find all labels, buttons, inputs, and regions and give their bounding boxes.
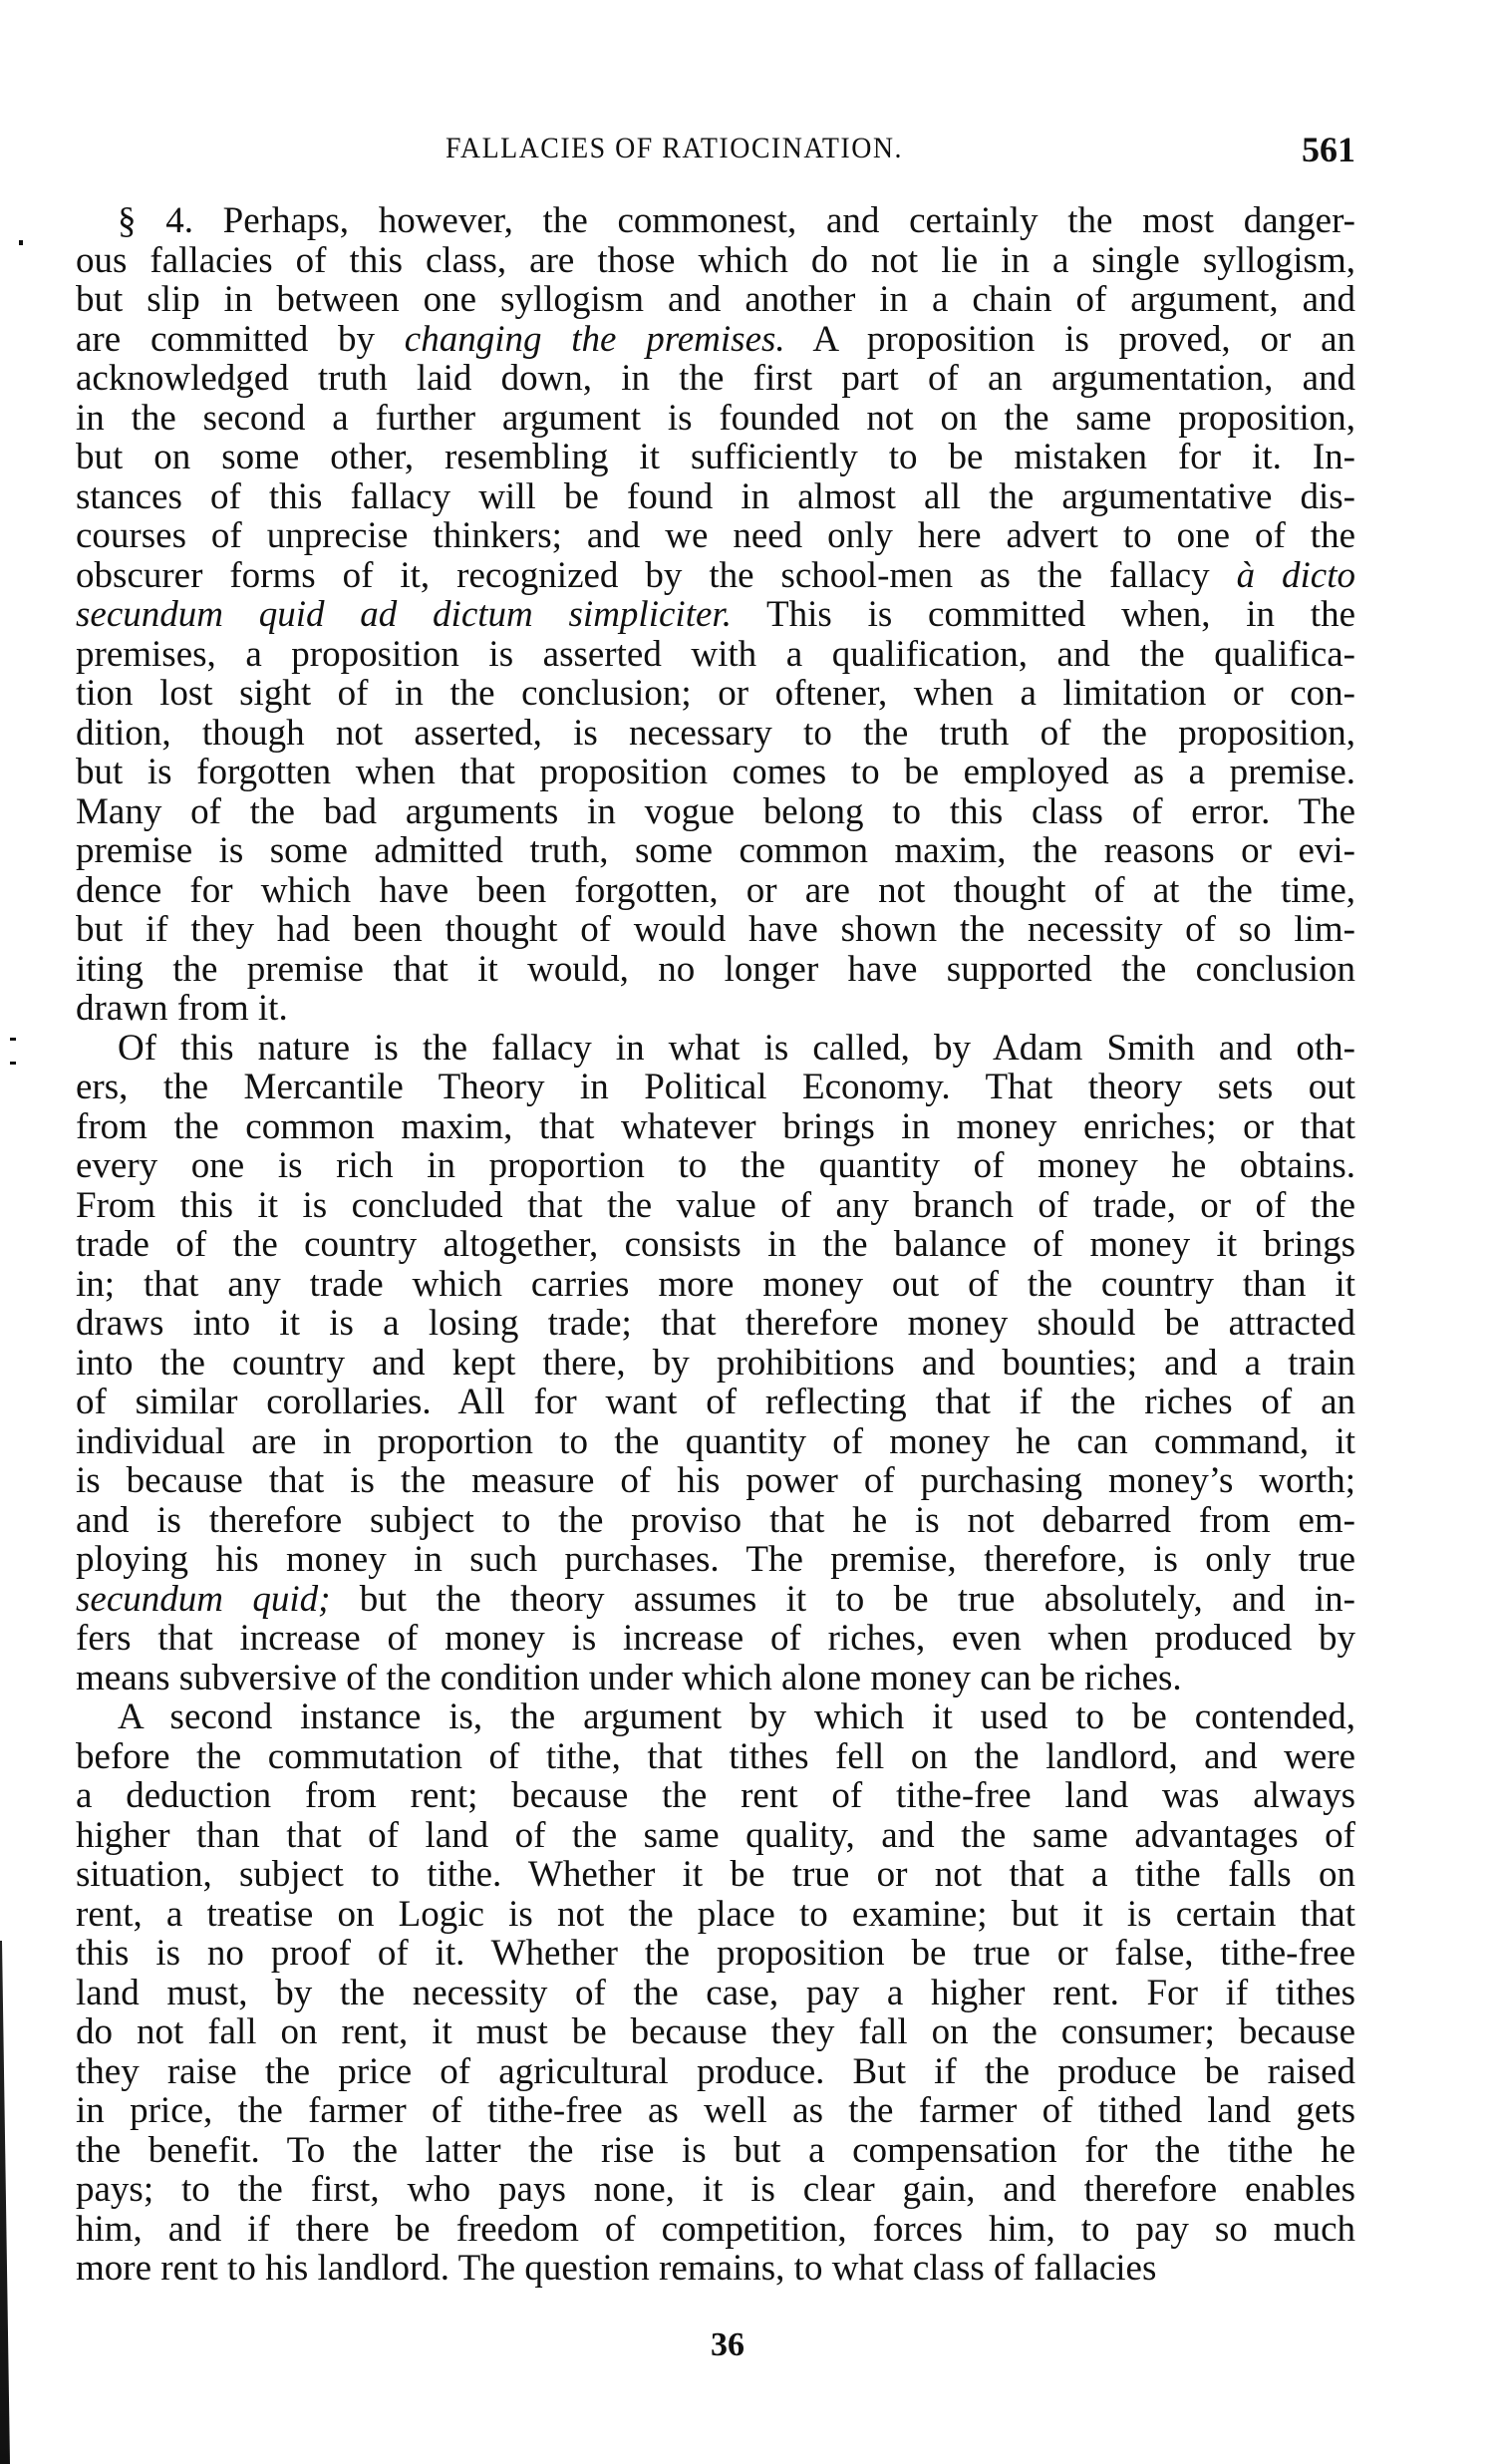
text-line: obscurer forms of it, recognized by the … [76,556,1355,596]
text-line: A second instance is, the argument by wh… [76,1697,1355,1737]
text-line: more rent to his landlord. The question … [76,2249,1355,2289]
text-line: ous fallacies of this class, are those w… [76,241,1355,281]
text-line: but if they had been thought of would ha… [76,910,1355,950]
text-line: dition, though not asserted, is necessar… [76,714,1355,754]
italic-phrase: à dicto [1237,555,1355,596]
text-line: ers, the Mercantile Theory in Political … [76,1068,1355,1107]
text-line: do not fall on rent, it must be because … [76,2012,1355,2052]
page-number: 561 [1296,132,1355,167]
text-line: fers that increase of money is increase … [76,1619,1355,1659]
text-line: and is therefore subject to the proviso … [76,1501,1355,1541]
text-line: drawn from it. [76,989,1355,1029]
italic-phrase: secundum quid ad dictum simpliciter. [76,594,732,635]
text-line: Many of the bad arguments in vogue belon… [76,792,1355,832]
text-line: they raise the price of agricultural pro… [76,2052,1355,2092]
text-line: in the second a further argument is foun… [76,399,1355,439]
text-line: draws into it is a losing trade; that th… [76,1304,1355,1344]
running-title: FALLACIES OF RATIOCINATION. [446,133,974,164]
text-line: is because that is the measure of his po… [76,1461,1355,1501]
text-line: premise is some admitted truth, some com… [76,831,1355,871]
text-line: stances of this fallacy will be found in… [76,477,1355,517]
text-line: individual are in proportion to the quan… [76,1422,1355,1462]
text-line: acknowledged truth laid down, in the fir… [76,359,1355,399]
text-line: situation, subject to tithe. Whether it … [76,1855,1355,1895]
text-line: but is forgotten when that proposition c… [76,753,1355,792]
text-line: but slip in between one syllogism and an… [76,280,1355,320]
margin-tick-bottom [10,1062,16,1065]
italic-phrase: secundum quid; [76,1579,330,1620]
signature-mark: 36 [698,2328,757,2362]
text-line: premises, a proposition is asserted with… [76,635,1355,675]
text-line: a deduction from rent; because the rent … [76,1776,1355,1816]
text-line: into the country and kept there, by proh… [76,1344,1355,1384]
margin-speck [19,240,23,245]
text-line: Of this nature is the fallacy in what is… [76,1029,1355,1069]
text-line: in; that any trade which carries more mo… [76,1265,1355,1305]
body-text: § 4. Perhaps, however, the commonest, an… [76,201,1355,2289]
scan-edge-shadow [0,1941,10,2464]
text-line: From this it is concluded that the value… [76,1186,1355,1226]
text-line: ploying his money in such purchases. The… [76,1540,1355,1580]
text-line: him, and if there be freedom of competit… [76,2210,1355,2250]
text-line: higher than that of land of the same qua… [76,1816,1355,1856]
text-line: § 4. Perhaps, however, the commonest, an… [76,201,1355,241]
text-line: from the common maxim, that whatever bri… [76,1107,1355,1147]
text-line: rent, a treatise on Logic is not the pla… [76,1895,1355,1935]
text-line: this is no proof of it. Whether the prop… [76,1934,1355,1974]
text-line: trade of the country altogether, consist… [76,1225,1355,1265]
text-line: secundum quid; but the theory assumes it… [76,1580,1355,1620]
text-line: in price, the farmer of tithe-free as we… [76,2091,1355,2131]
margin-tick-top [10,1038,16,1041]
text-line: pays; to the first, who pays none, it is… [76,2170,1355,2210]
text-line: of similar corollaries. All for want of … [76,1383,1355,1422]
text-line: secundum quid ad dictum simpliciter. Thi… [76,595,1355,635]
text-line: but on some other, resembling it suffici… [76,438,1355,477]
text-line: dence for which have been forgotten, or … [76,871,1355,911]
text-line: land must, by the necessity of the case,… [76,1974,1355,2013]
text-line: courses of unprecise thinkers; and we ne… [76,516,1355,556]
text-line: iting the premise that it would, no long… [76,950,1355,990]
text-line: the benefit. To the latter the rise is b… [76,2131,1355,2171]
text-line: every one is rich in proportion to the q… [76,1146,1355,1186]
text-line: before the commutation of tithe, that ti… [76,1737,1355,1777]
text-line: means subversive of the condition under … [76,1659,1355,1698]
book-page: FALLACIES OF RATIOCINATION. 561 § 4. Per… [0,0,1490,2464]
italic-phrase: changing the premises. [405,319,785,360]
text-line: tion lost sight of in the conclusion; or… [76,674,1355,714]
text-line: are committed by changing the premises. … [76,320,1355,360]
